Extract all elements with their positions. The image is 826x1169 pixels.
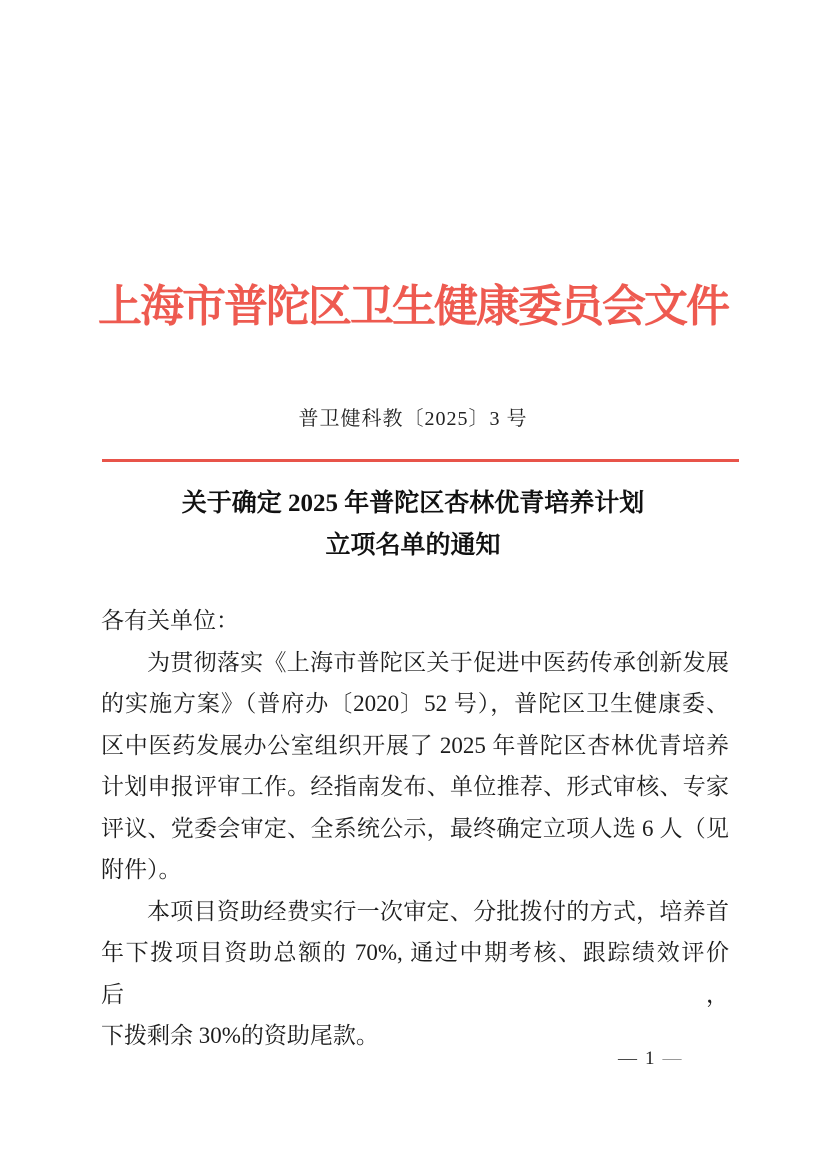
page-number: —1— xyxy=(618,1048,684,1070)
body-line: 附件）。 xyxy=(101,849,729,891)
page-number-dash-left: — xyxy=(618,1048,639,1069)
body-line-salutation: 各有关单位： xyxy=(101,600,729,642)
body-line: 的实施方案》（普府办〔2020〕52 号），普陀区卫生健康委、 xyxy=(101,683,729,725)
body-line: 本项目资助经费实行一次审定、分批拨付的方式，培养首 xyxy=(101,891,729,933)
document-header-title: 上海市普陀区卫生健康委员会文件 xyxy=(0,270,826,334)
document-title-line-2: 立项名单的通知 xyxy=(0,525,826,567)
red-divider-rule xyxy=(102,459,739,462)
body-line: 为贯彻落实《上海市普陀区关于促进中医药传承创新发展 xyxy=(101,642,729,684)
body-line: 评议、党委会审定、全系统公示，最终确定立项人选 6 人（见 xyxy=(101,808,729,850)
body-line: 区中医药发展办公室组织开展了 2025 年普陀区杏林优青培养 xyxy=(101,725,729,767)
document-number: 普卫健科教〔2025〕3 号 xyxy=(0,402,826,431)
document-body: 各有关单位： 为贯彻落实《上海市普陀区关于促进中医药传承创新发展 的实施方案》（… xyxy=(101,600,729,1057)
document-title-line-1: 关于确定 2025 年普陀区杏林优青培养计划 xyxy=(0,483,826,525)
document-page: 上海市普陀区卫生健康委员会文件 普卫健科教〔2025〕3 号 关于确定 2025… xyxy=(0,0,826,1169)
document-title: 关于确定 2025 年普陀区杏林优青培养计划 立项名单的通知 xyxy=(0,483,826,567)
body-line: 计划申报评审工作。经指南发布、单位推荐、形式审核、专家 xyxy=(101,766,729,808)
page-number-value: 1 xyxy=(639,1048,663,1069)
page-number-dash-right: — xyxy=(663,1048,684,1069)
body-line: 年下拨项目资助总额的 70%, 通过中期考核、跟踪绩效评价后， xyxy=(101,932,729,1015)
